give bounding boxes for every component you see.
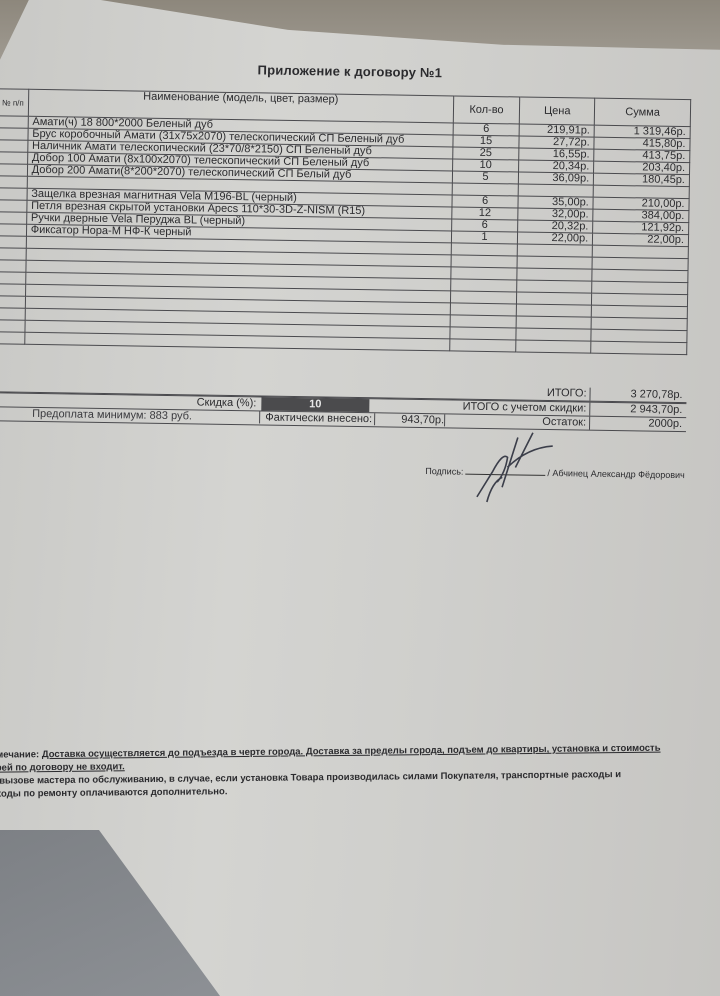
num (0, 176, 27, 188)
num (0, 284, 25, 296)
remainder-label: Остаток: (542, 416, 586, 429)
item-qty (451, 255, 518, 268)
item-qty (450, 303, 517, 316)
col-num-header: № п/п (0, 89, 28, 116)
num (0, 164, 27, 176)
num (0, 116, 28, 128)
col-sum-header: Сумма (595, 98, 691, 127)
item-qty: 12 (451, 207, 518, 220)
remainder-value: 2000р. (589, 417, 682, 431)
item-qty (450, 279, 517, 292)
col-qty-header: Кол-во (453, 96, 520, 124)
document-title: Приложение к договору №1 (257, 62, 442, 80)
item-qty (450, 291, 517, 304)
total-value: 3 270,78р. (589, 388, 682, 402)
item-qty (450, 267, 517, 280)
num (0, 332, 25, 344)
note-line-2: ерей по договору не входит. (0, 761, 125, 773)
num (0, 248, 26, 260)
item-qty: 6 (453, 123, 520, 136)
num (0, 188, 27, 200)
num (0, 128, 28, 140)
paid-label: Фактически внесено: (259, 411, 375, 425)
item-qty: 10 (452, 159, 519, 172)
item-qty (449, 339, 516, 352)
num (0, 260, 26, 272)
total-discount-value: 2 943,70р. (589, 403, 682, 417)
item-qty: 15 (453, 135, 520, 148)
handwritten-signature-icon (457, 427, 578, 509)
item-qty: 5 (452, 171, 519, 184)
item-qty: 25 (452, 147, 519, 160)
items-table: № п/п Наименование (модель, цвет, размер… (0, 88, 691, 355)
num (0, 212, 27, 224)
col-price-header: Цена (520, 97, 595, 125)
summary-block: ИТОГО: 3 270,78р. Скидка (%): 10 ИТОГО с… (0, 378, 687, 432)
total-discount-label: ИТОГО с учетом скидки: (463, 401, 587, 415)
paid-value: 943,70р. (376, 413, 445, 426)
items-body: Амати(ч) 18 800*2000 Беленый дуб6219,91р… (0, 116, 690, 355)
num (0, 152, 27, 164)
total-label: ИТОГО: (547, 387, 587, 400)
discount-value: 10 (261, 397, 369, 412)
num (0, 200, 27, 212)
prepay-label: Предоплата минимум: 883 руб. (32, 408, 192, 423)
num (0, 308, 25, 320)
item-qty (450, 327, 517, 340)
delivery-note: имечание: Доставка осуществляется до под… (0, 741, 711, 801)
num (0, 140, 28, 152)
item-qty: 6 (452, 195, 519, 208)
item-sum (591, 341, 687, 355)
num (0, 272, 26, 284)
num (0, 296, 25, 308)
num (0, 320, 25, 332)
num (0, 236, 26, 248)
item-qty: 1 (451, 231, 518, 244)
item-qty (450, 315, 517, 328)
item-qty: 6 (451, 219, 518, 232)
note-prefix: имечание: (0, 749, 39, 761)
item-qty (452, 183, 519, 196)
discount-label: Скидка (%): (197, 396, 257, 409)
num (0, 224, 26, 236)
item-price (516, 340, 591, 353)
item-qty (451, 243, 518, 256)
